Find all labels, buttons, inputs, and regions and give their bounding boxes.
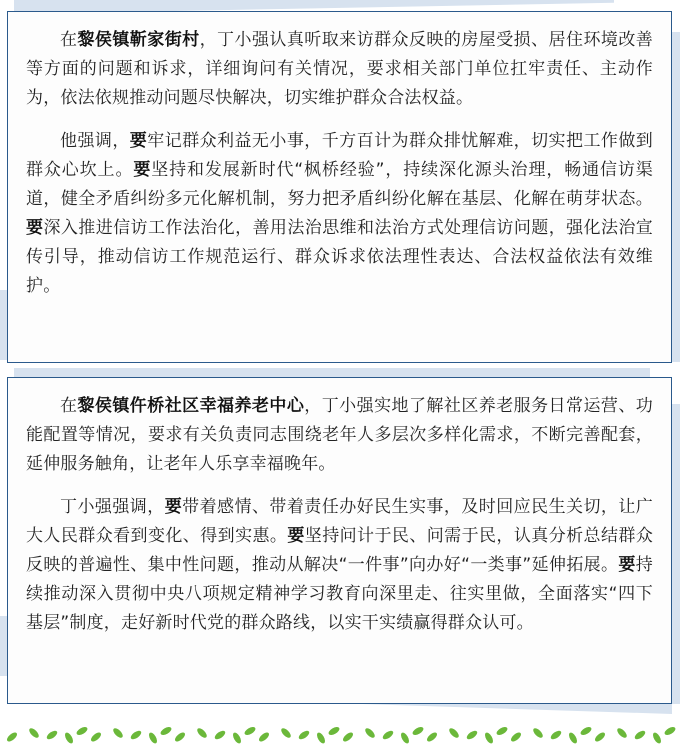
emphasis-text: 黎侯镇靳家街村 (77, 30, 199, 50)
body-text: 丁小强强调， (60, 497, 165, 517)
emphasis-text: 要 (133, 160, 151, 180)
section-1-card: 在黎侯镇靳家街村，丁小强认真听取来访群众反映的房屋受损、居住环境改善等方面的问题… (7, 11, 672, 363)
section-1-paragraph-2: 他强调，要牢记群众利益无小事，千方百计为群众排忧解难，切实把工作做到群众心坎上。… (26, 127, 653, 301)
section-2-paragraph-2: 丁小强强调，要带着感情、带着责任办好民生实事，及时回应民生关切，让广大人民群众看… (26, 493, 653, 638)
section-2: 在黎侯镇仵桥社区幸福养老中心，丁小强实地了解社区养老服务日常运营、功能配置等情况… (0, 366, 680, 716)
section-2-paragraph-1: 在黎侯镇仵桥社区幸福养老中心，丁小强实地了解社区养老服务日常运营、功能配置等情况… (26, 392, 653, 479)
body-text: 深入推进信访工作法治化，善用法治思维和法治方式处理信访问题，强化法治宣传引导，推… (26, 218, 653, 296)
emphasis-text: 黎侯镇仵桥社区幸福养老中心 (77, 396, 304, 416)
emphasis-text: 要 (618, 555, 635, 575)
section-1: 在黎侯镇靳家街村，丁小强认真听取来访群众反映的房屋受损、居住环境改善等方面的问题… (0, 0, 680, 370)
body-text: 在 (60, 30, 77, 50)
emphasis-text: 要 (165, 497, 182, 517)
emphasis-text: 要 (26, 218, 43, 238)
emphasis-text: 要 (287, 526, 304, 546)
section-2-shadow-right (672, 404, 680, 704)
emphasis-text: 要 (130, 131, 147, 151)
body-text: 他强调， (60, 131, 130, 151)
leaf-divider-icon (0, 718, 680, 748)
section-2-card: 在黎侯镇仵桥社区幸福养老中心，丁小强实地了解社区养老服务日常运营、功能配置等情况… (7, 377, 672, 704)
section-1-shadow-right (672, 32, 680, 362)
body-text: 在 (60, 396, 77, 416)
section-1-paragraph-1: 在黎侯镇靳家街村，丁小强认真听取来访群众反映的房屋受损、居住环境改善等方面的问题… (26, 26, 653, 113)
